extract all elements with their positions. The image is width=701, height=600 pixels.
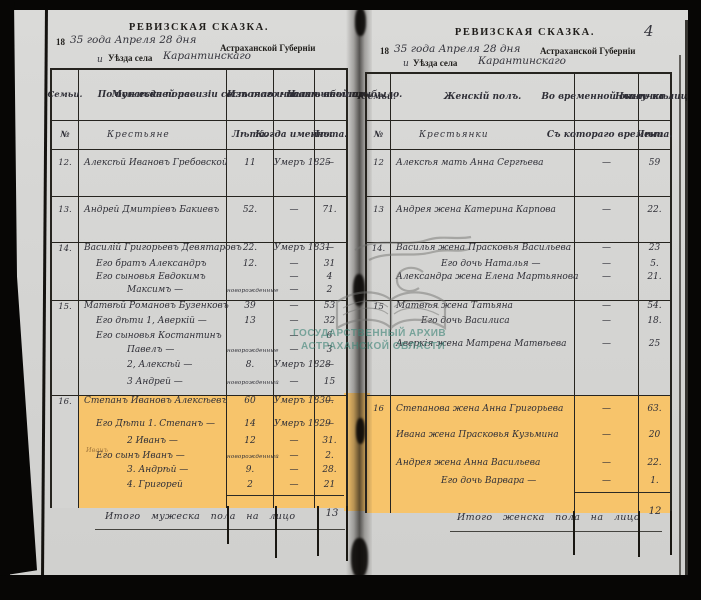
table-row: Максимъ — новорожденные — 2 — [52, 285, 346, 300]
photo-border — [688, 0, 701, 600]
age-current-cell: 1. — [639, 476, 670, 492]
family-number-cell — [52, 331, 79, 345]
age-current-cell: 22. — [639, 197, 670, 242]
absence-cell: — — [575, 476, 639, 492]
age-current-cell: 18. — [639, 316, 670, 331]
present-now-column-header: Нынѣ на лицѣ. — [315, 70, 344, 120]
departure-when-cell: — — [274, 285, 315, 300]
person-name-cell: Его дочь Василиса — [391, 316, 575, 331]
age-previous-revision-cell: 39 — [227, 301, 274, 316]
age-current-cell: 6 — [315, 331, 344, 345]
table-row: 12. Алексѣй Ивановъ Гребовской 11 Умеръ … — [52, 150, 346, 196]
table-row: 3 Андрей — новорожденный — 15 — [52, 377, 346, 395]
margin-note-handwritten: Иванъ — [86, 446, 108, 454]
absence-cell: — — [575, 150, 639, 196]
departure-when-cell: Умеръ 1828 — [274, 360, 315, 377]
family-number-cell — [52, 272, 79, 285]
departure-when-cell: — — [274, 451, 315, 465]
person-name-cell: Ивана жена Прасковья Кузьмина — [391, 430, 575, 458]
person-name-cell — [391, 492, 575, 513]
absence-cell: — — [575, 458, 639, 476]
person-name-cell: Степанъ Ивановъ Алексѣевъ — [79, 396, 227, 419]
age-previous-revision-cell: 11 — [227, 150, 274, 196]
departure-when-cell: Умеръ 1830. — [274, 396, 315, 419]
age-current-cell: — — [315, 360, 344, 377]
age-current-cell: — — [315, 396, 344, 419]
photo-border — [0, 0, 701, 10]
person-name-cell: Андрея жена Катерина Карпова — [391, 197, 575, 242]
male-total-label: Итого мужеска пола на лицо — [105, 511, 295, 522]
person-name-cell: Алексѣй Ивановъ Гребовской — [79, 150, 227, 196]
family-number-cell — [52, 480, 79, 495]
departure-when-cell: — — [274, 316, 315, 331]
age-previous-revision-cell: 12. — [227, 259, 274, 272]
table-row: 16 Степанова жена Анна Григорьева — 63. — [367, 395, 670, 430]
date-handwritten: 35 года Апреля 28 дня — [394, 43, 520, 55]
person-name-cell: Его дѣти 1, Аверкій — — [79, 316, 227, 331]
age-current-cell: 63. — [639, 396, 670, 430]
number-sign-header: № — [52, 121, 79, 149]
age-previous-revision-cell: 52. — [227, 197, 274, 242]
person-name-cell: Аверкія жена Матрена Матвѣева — [391, 331, 575, 395]
person-name-cell: Василій Григорьевъ Девятаровъ — [79, 243, 227, 259]
family-number-cell — [52, 419, 79, 436]
family-number-cell — [52, 360, 79, 377]
table-row: Его дѣти 1, Аверкій — 13 — 32 — [52, 316, 346, 331]
table-row: Его дочь Василиса — 18. — [367, 316, 670, 331]
age-current-cell — [315, 495, 344, 508]
person-name-cell: Павелъ — — [79, 345, 227, 360]
uyezd-label: Уѣзда села — [108, 53, 152, 63]
family-number-cell: 15. — [52, 301, 79, 316]
departure-when-cell — [274, 495, 315, 508]
conjunction-handwritten: и — [97, 55, 103, 65]
family-column-header: Семьи. — [52, 70, 79, 120]
age-current-cell: 4 — [315, 272, 344, 285]
family-number-cell — [52, 465, 79, 480]
person-name-cell: Его сыновья Костантинъ — [79, 331, 227, 345]
table-row: 12 Алексѣя мать Анна Сергѣева — 59 — [367, 150, 670, 196]
person-name-cell: Алексѣя мать Анна Сергѣева — [391, 150, 575, 196]
female-census-table: Семьи. Женскій полъ. Во временной отлучк… — [365, 72, 672, 513]
table-header-row: Семьи. Мужеска пола. По послѣдней ревизі… — [52, 70, 346, 120]
person-name-cell: Его братъ Александръ — [79, 259, 227, 272]
absence-cell: — — [575, 396, 639, 430]
age-current-cell: 21. — [639, 272, 670, 300]
age-current-cell: 32 — [315, 316, 344, 331]
table-row: 14. Василій Григорьевъ Девятаровъ 22. Ум… — [52, 242, 346, 259]
photo-border — [0, 575, 701, 600]
departure-when-cell: Умеръ 1825 — [274, 150, 315, 196]
age-current-cell: 2 — [315, 285, 344, 300]
family-number-cell: 12. — [52, 150, 79, 196]
table-row: 13. Андрей Дмитріевъ Бакиевъ 52. — 71. — [52, 196, 346, 242]
archive-scan-page: РЕВИЗСКАЯ СКАЗКА. 18 35 года Апреля 28 д… — [0, 0, 701, 600]
uyezd-label: Уѣзда села — [413, 58, 457, 68]
age-current-cell: — — [315, 243, 344, 259]
since-when-header: Съ котораго времени. — [575, 121, 639, 149]
table-row: 13 Андрея жена Катерина Карпова — 22. — [367, 196, 670, 242]
table-row: Его Дѣти 1. Степанъ — 14 Умеръ 1829 — — [52, 419, 346, 436]
age-previous-revision-cell: 60 — [227, 396, 274, 419]
year-prefix-printed: 18 — [56, 37, 65, 47]
estate-handwritten-label: Крестьяне — [79, 121, 227, 149]
age-previous-revision-cell: новорожденный — [227, 451, 274, 465]
absence-cell: — — [575, 197, 639, 242]
departure-when-cell: — — [274, 436, 315, 451]
table-row: 4. Григорей 2 — 21 — [52, 480, 346, 495]
age-previous-revision-cell: 14 — [227, 419, 274, 436]
person-name-cell: Его сыновья Евдокимъ — [79, 272, 227, 285]
table-subheader-row: № Крестьяне Лѣта. Когда именно. Лѣта. — [52, 120, 346, 150]
age-previous-revision-cell — [227, 331, 274, 345]
years-header: Лѣта. — [315, 121, 344, 149]
age-current-cell: 2. — [315, 451, 344, 465]
age-current-cell: — — [315, 150, 344, 196]
age-current-cell: 31. — [315, 436, 344, 451]
person-name-cell: Матвѣй Романовъ Бузенковъ — [79, 301, 227, 316]
person-name-cell: 2, Алексѣй — — [79, 360, 227, 377]
table-row: Андрея жена Анна Васильева — 22. — [367, 458, 670, 476]
table-row: Павелъ — новорожденные — 3 — [52, 345, 346, 360]
left-page-title: РЕВИЗСКАЯ СКАЗКА. — [50, 22, 348, 33]
conjunction-handwritten: и — [403, 59, 409, 69]
table-row: Его дочь Наталья — — 5. — [367, 259, 670, 272]
female-total-value: 12 — [640, 506, 670, 517]
person-name-cell: Василья жена Прасковья Васильева — [391, 243, 575, 259]
age-previous-revision-cell: новорожденные — [227, 345, 274, 360]
person-name-cell: Его Дѣти 1. Степанъ — — [79, 419, 227, 436]
family-number-cell — [52, 259, 79, 272]
departure-when-cell: — — [274, 465, 315, 480]
age-current-cell: 31 — [315, 259, 344, 272]
absence-cell: — — [575, 243, 639, 259]
absence-cell: — — [575, 259, 639, 272]
age-current-cell: 21 — [315, 480, 344, 495]
table-row: 3. Андрѣй — 9. — 28. — [52, 465, 346, 480]
age-previous-revision-cell: 22. — [227, 243, 274, 259]
departure-when-cell: — — [274, 272, 315, 285]
table-row: 15. Матвѣй Романовъ Бузенковъ 39 — 53 — [52, 300, 346, 316]
age-current-cell: 53 — [315, 301, 344, 316]
absence-cell: — — [575, 331, 639, 395]
year-prefix-printed: 18 — [380, 46, 389, 56]
person-name-cell: Андрея жена Анна Васильева — [391, 458, 575, 476]
male-total-value: 13 — [318, 508, 346, 519]
age-current-cell: 20 — [639, 430, 670, 458]
age-current-cell: 71. — [315, 197, 344, 242]
age-previous-revision-cell: 9. — [227, 465, 274, 480]
age-current-cell: 54. — [639, 301, 670, 316]
departure-when-cell: — — [274, 259, 315, 272]
departure-when-cell: — — [274, 197, 315, 242]
age-current-cell: 59 — [639, 150, 670, 196]
table-row: Аверкія жена Матрена Матвѣева — 25 — [367, 331, 670, 395]
family-number-cell: 16. — [52, 396, 79, 419]
age-current-cell: 3 — [315, 345, 344, 360]
age-previous-revision-cell: 13 — [227, 316, 274, 331]
table-row: Его сыновья Евдокимъ — 4 — [52, 272, 346, 285]
person-name-cell: Александра жена Елена Мартьянова — [391, 272, 575, 300]
person-name-cell: Его дочь Наталья — — [391, 259, 575, 272]
person-name-cell: Степанова жена Анна Григорьева — [391, 396, 575, 430]
family-number-cell — [52, 495, 79, 508]
male-census-table: Семьи. Мужеска пола. По послѣдней ревизі… — [50, 68, 348, 508]
age-previous-revision-cell — [227, 272, 274, 285]
age-previous-revision-cell — [227, 495, 274, 508]
table-row: 14. Василья жена Прасковья Васильева — 2… — [367, 242, 670, 259]
right-page-title: РЕВИЗСКАЯ СКАЗКА. — [380, 27, 670, 38]
person-name-cell: 3 Андрей — — [79, 377, 227, 395]
absence-cell: — — [575, 316, 639, 331]
age-previous-revision-cell: новорожденный — [227, 377, 274, 395]
age-previous-revision-cell: 8. — [227, 360, 274, 377]
age-current-cell: 23 — [639, 243, 670, 259]
person-name-cell: 4. Григорей — [79, 480, 227, 495]
age-current-cell: 28. — [315, 465, 344, 480]
person-name-cell: Его дочь Варвара — — [391, 476, 575, 492]
departure-when-cell: Умеръ 1831 — [274, 243, 315, 259]
table-row: Его братъ Александръ 12. — 31 — [52, 259, 346, 272]
village-name-handwritten: Карантинскаго — [478, 55, 566, 67]
family-number-cell — [52, 436, 79, 451]
years-header: Лѣта. — [639, 121, 670, 149]
person-name-cell — [79, 495, 227, 508]
age-previous-revision-cell: новорожденные — [227, 285, 274, 300]
family-number-cell — [52, 316, 79, 331]
age-current-cell: 15 — [315, 377, 344, 395]
family-number-cell: 13. — [52, 197, 79, 242]
person-name-cell: Максимъ — — [79, 285, 227, 300]
departure-when-cell: Умеръ 1829 — [274, 419, 315, 436]
table-row: Ивана жена Прасковья Кузьмина — 20 — [367, 430, 670, 458]
family-number-cell: 14. — [52, 243, 79, 259]
departure-when-cell: — — [274, 480, 315, 495]
table-row: 15 Матвѣя жена Татьяна — 54. — [367, 300, 670, 316]
age-previous-revision-cell: 2 — [227, 480, 274, 495]
age-current-cell: — — [315, 419, 344, 436]
family-number-cell — [52, 377, 79, 395]
departure-when-cell: — — [274, 345, 315, 360]
absence-cell: — — [575, 272, 639, 300]
table-row: Его сыновья Костантинъ — 6 — [52, 331, 346, 345]
page-number: 4 — [644, 22, 654, 40]
age-current-cell: 25 — [639, 331, 670, 395]
absence-cell — [575, 492, 639, 513]
table-header-row: Семьи. Женскій полъ. Во временной отлучк… — [367, 74, 670, 120]
present-now-column-header: Нынѣ на лицо — [639, 74, 670, 120]
age-previous-revision-cell: 12 — [227, 436, 274, 451]
village-name-handwritten: Карантинскаго — [163, 50, 251, 62]
table-row: Александра жена Елена Мартьянова — 21. — [367, 272, 670, 300]
table-subheader-row: № Крестьянки Съ котораго времени. Лѣта. — [367, 120, 670, 150]
table-row: Его дочь Варвара — — 1. — [367, 476, 670, 492]
family-number-cell — [52, 451, 79, 465]
table-row — [52, 495, 346, 508]
departure-when-cell: — — [274, 331, 315, 345]
female-total-label: Итого женска пола на лицо — [457, 512, 640, 523]
departure-when-cell: — — [274, 301, 315, 316]
age-current-cell: 22. — [639, 458, 670, 476]
person-name-cell: 3. Андрѣй — — [79, 465, 227, 480]
absence-cell: — — [575, 430, 639, 458]
table-row: 2, Алексѣй — 8. Умеръ 1828 — — [52, 360, 346, 377]
when-exactly-header: Когда именно. — [274, 121, 315, 149]
table-row: 16. Степанъ Ивановъ Алексѣевъ 60 Умеръ 1… — [52, 395, 346, 419]
absence-cell: — — [575, 301, 639, 316]
date-handwritten: 35 года Апреля 28 дня — [70, 34, 196, 46]
age-current-cell: 5. — [639, 259, 670, 272]
table-row — [367, 492, 670, 513]
departure-when-cell: — — [274, 377, 315, 395]
family-number-cell — [52, 285, 79, 300]
person-name-cell: Андрей Дмитріевъ Бакиевъ — [79, 197, 227, 242]
family-number-cell — [52, 345, 79, 360]
person-name-cell: Матвѣя жена Татьяна — [391, 301, 575, 316]
